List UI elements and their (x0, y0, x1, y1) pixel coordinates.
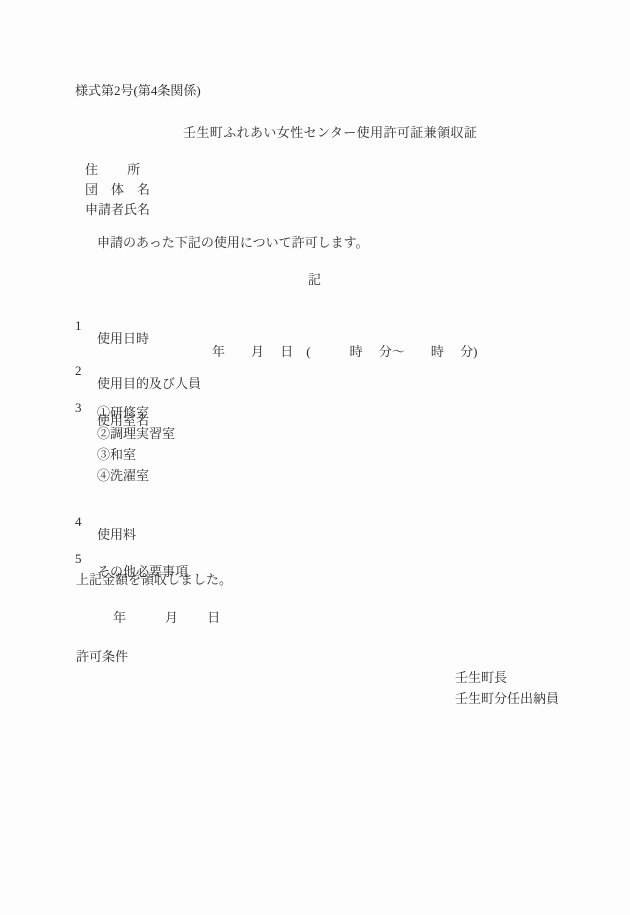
item-number: 4 (75, 515, 82, 528)
item-label: 使用日時 (97, 332, 149, 345)
document-page: 様式第2号(第4条関係) 壬生町ふれあい女性センター使用許可証兼領収証 住 所 … (0, 0, 630, 915)
applicant-name-label: 申請者氏名 (85, 203, 150, 219)
room-option-japanese: ③和室 (97, 448, 136, 464)
item-usage-fee: 4 使用料 (75, 502, 88, 518)
item-usage-datetime: 1 使用日時 年 月 日 ( 時 分～ 時 分) (75, 306, 495, 322)
room-option-laundry: ④洗濯室 (97, 469, 149, 485)
item-number: 2 (75, 364, 82, 377)
item-usage-purpose: 2 使用目的及び人員 (75, 351, 88, 367)
signature-treasurer: 壬生町分任出納員 (455, 692, 559, 708)
item-number: 1 (75, 319, 82, 332)
ki-heading: 記 (308, 273, 321, 289)
room-option-training: ①研修室 (97, 406, 149, 422)
form-number: 様式第2号(第4条関係) (75, 84, 201, 100)
address-label: 住 所 (85, 163, 140, 179)
receipt-date-blanks: 年 月 日 (113, 611, 220, 627)
item-number: 3 (75, 401, 82, 414)
item-label: 使用目的及び人員 (97, 377, 201, 390)
permit-sentence: 申請のあった下記の使用について許可します。 (97, 236, 369, 252)
usage-datetime-blanks: 年 月 日 ( 時 分～ 時 分) (212, 345, 477, 358)
page-title: 壬生町ふれあい女性センター使用許可証兼領収証 (183, 126, 477, 142)
permit-conditions-label: 許可条件 (76, 650, 128, 666)
item-room-names: 3 使用室名 (75, 388, 88, 404)
signature-mayor: 壬生町長 (455, 671, 507, 687)
group-name-label: 団 体 名 (85, 183, 150, 199)
item-number: 5 (75, 552, 82, 565)
receipt-sentence: 上記金額を領収しました。 (76, 573, 232, 589)
room-option-cooking: ②調理実習室 (97, 427, 175, 443)
item-label: 使用料 (97, 528, 136, 541)
item-other-matters: 5 その他必要事項 (75, 539, 88, 555)
